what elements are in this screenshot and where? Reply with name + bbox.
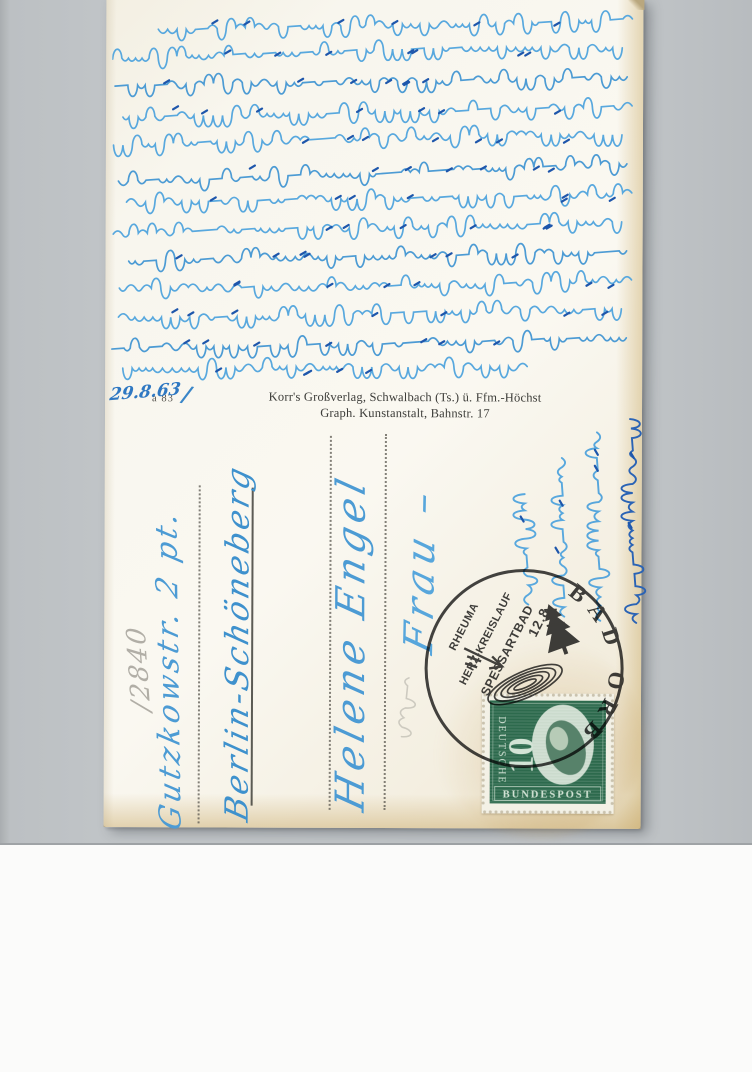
pencil-code: /2840: [121, 624, 157, 712]
postmark-town: BAD ORB: [564, 579, 630, 752]
address-line-street: Gutzkowstr. 2 pt.: [149, 506, 189, 834]
scanner-background-lower: [0, 843, 752, 1072]
stamp-country-bottom: BUNDESPOST: [503, 789, 593, 800]
svg-text:BAD ORB: BAD ORB: [564, 579, 630, 752]
publisher-line-1: Korr's Großverlag, Schwalbach (Ts.) ü. F…: [190, 388, 620, 406]
scanned-postcard-page: Korr's Großverlag, Schwalbach (Ts.) ü. F…: [0, 0, 752, 1072]
address-line-name: Helene Engel: [328, 470, 375, 816]
postcard-back: Korr's Großverlag, Schwalbach (Ts.) ü. F…: [104, 0, 644, 829]
address-line-city: Berlin-Schöneberg: [218, 460, 257, 825]
handwritten-message-upside-down: [111, 1, 636, 385]
postmark: BAD ORB SPESSARTBAD HERZ-KREISLAUF RHEUM…: [419, 564, 630, 775]
address-rule-dotted-1: [198, 485, 201, 823]
message-scribbles: [111, 1, 636, 385]
